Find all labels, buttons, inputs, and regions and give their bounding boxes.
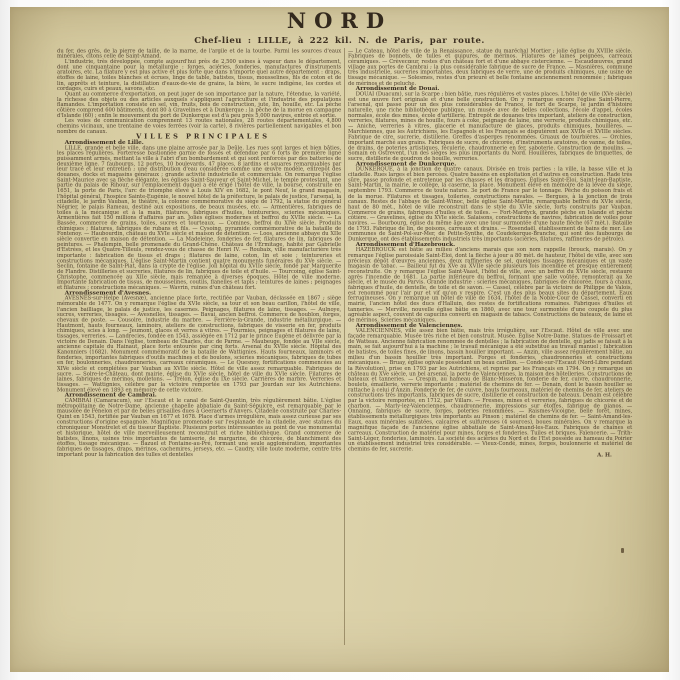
section-text-cambrai: CAMBRAI (Camaracum), sur l'Escaut et le … xyxy=(57,398,341,457)
page-subtitle: Chef-lieu : LILLE, à 222 kil. N. de Pari… xyxy=(10,36,669,46)
section-text-hazebrouck: HAZEBROUCK est bâtie au milieu d'anciens… xyxy=(348,247,632,322)
document-page: NORD Chef-lieu : LILLE, à 222 kil. N. de… xyxy=(10,7,669,672)
scan-canvas: { "page": { "title": "NORD", "subtitle":… xyxy=(0,0,680,680)
page-title: NORD xyxy=(10,8,669,33)
intro-paragraph: du fer, des grès, de la pierre de taille… xyxy=(57,48,341,59)
section-text-douai: DOUAI (Duacum), sur la Scarpe ; bien bât… xyxy=(348,91,632,161)
left-column: du fer, des grès, de la pierre de taille… xyxy=(57,48,341,457)
section-text-valenciennes: VALENCIENNES, ville assez bien bâtie, ma… xyxy=(348,328,632,452)
scan-background: NORD Chef-lieu : LILLE, à 222 kil. N. de… xyxy=(0,0,680,680)
section-text-dunkerque: DUNKERQUE, à la jonction de quatre canau… xyxy=(348,166,632,241)
section-text-cambrai-continuation: — Le Cateau, hôtel de ville de la Renais… xyxy=(348,48,632,86)
intro-paragraph: L'industrie, très développée, compte auj… xyxy=(57,59,341,91)
intro-paragraph: Les voies de communication comprennent 1… xyxy=(57,118,341,134)
intro-paragraph: Quant au commerce d'exportation, on peut… xyxy=(57,91,341,118)
right-column: — Le Cateau, hôtel de ville de la Renais… xyxy=(348,48,632,457)
paper-speck xyxy=(621,548,624,553)
section-text-lille: LILLE, grande et belle ville, dans une p… xyxy=(57,145,341,290)
author-initials: A. H. xyxy=(348,452,632,457)
column-divider xyxy=(344,48,345,645)
section-text-avesnes: AVESNES-sur-Helpe (Avesnæ), ancienne pla… xyxy=(57,296,341,393)
